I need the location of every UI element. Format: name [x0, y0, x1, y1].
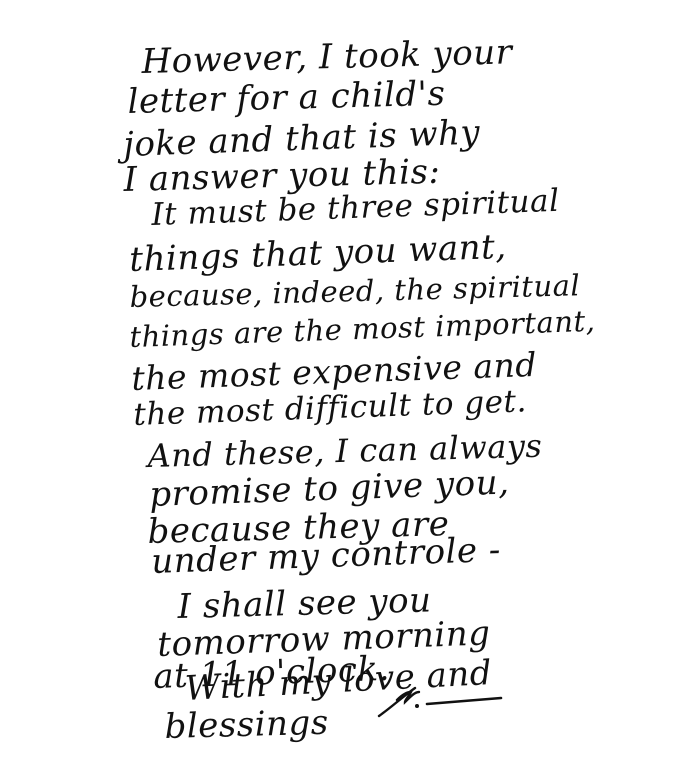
letter-line: under my controle - — [151, 533, 502, 579]
letter-line: promise to give you, — [149, 465, 510, 512]
letter-page: However, I took your letter for a child'… — [0, 0, 679, 764]
letter-line: However, I took your — [141, 35, 513, 79]
signature-mark: M. — [375, 680, 505, 720]
letter-line: blessings — [164, 706, 329, 744]
letter-line: letter for a child's — [127, 77, 446, 119]
letter-line: things that you want, — [129, 230, 507, 277]
